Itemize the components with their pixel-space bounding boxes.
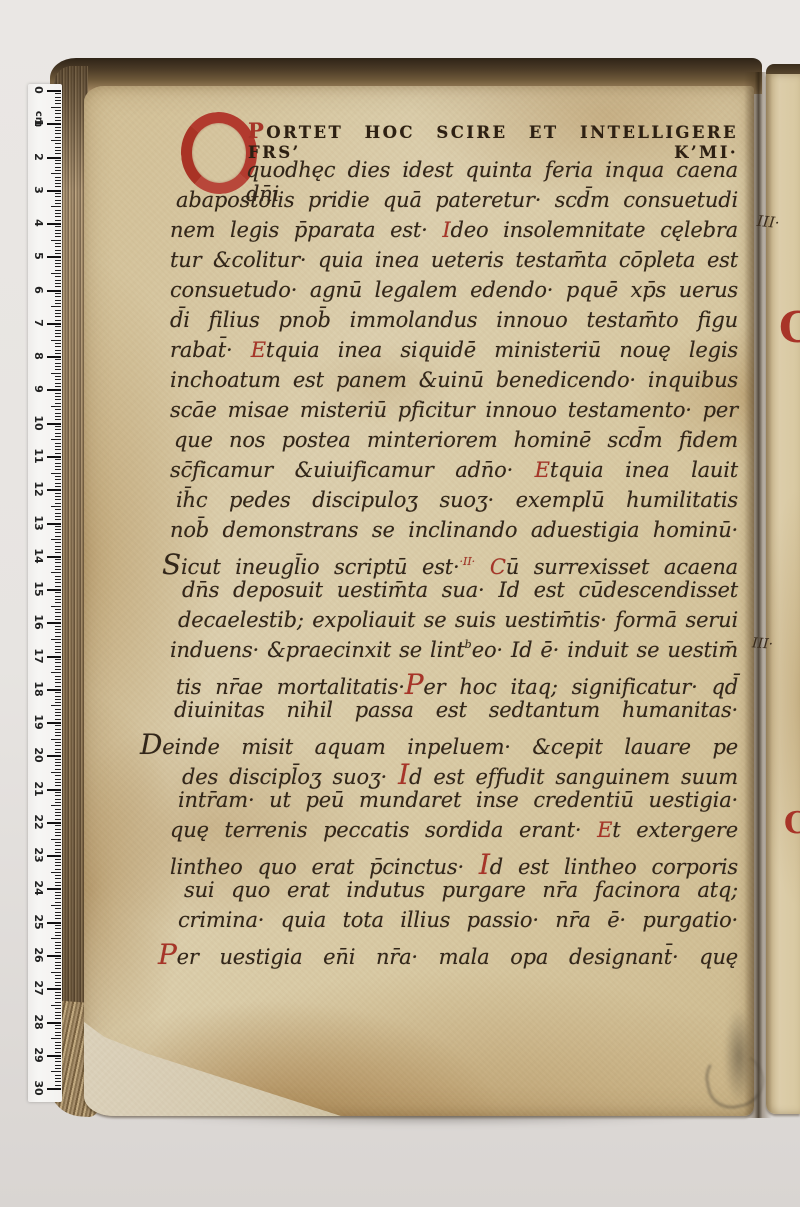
ruler-tick <box>55 812 61 813</box>
ruler-tick <box>55 612 61 613</box>
ruler-tick <box>55 908 61 909</box>
ruler-tick <box>55 549 61 550</box>
ruler-tick <box>55 303 61 304</box>
ruler-number: 17 <box>31 647 45 665</box>
ruler-number: 22 <box>31 813 45 831</box>
ruler-tick <box>55 642 61 643</box>
ruler-tick <box>55 283 61 284</box>
ruler-tick <box>55 779 61 780</box>
manuscript-line: tis nr̄ae mortalitatis·Per hoc itaq; sig… <box>176 668 738 698</box>
ruler-tick <box>55 276 61 277</box>
ruler-tick <box>55 493 61 494</box>
text-segment: quę terrenis peccatis sordida erant· <box>170 818 597 842</box>
ruler-tick <box>55 200 61 201</box>
text-segment: ū surrexisset acaena <box>506 555 738 579</box>
ruler-tick <box>47 223 61 225</box>
ruler-tick <box>55 679 61 680</box>
ruler-tick <box>55 579 61 580</box>
ruler-number: 30 <box>31 1079 45 1097</box>
ruler-tick <box>55 676 61 677</box>
ruler-tick <box>55 270 61 271</box>
ruler-tick <box>55 1035 61 1036</box>
ruler-tick <box>55 832 61 833</box>
ruler-tick <box>55 952 61 953</box>
ruler-tick <box>55 233 61 234</box>
manuscript-line: consuetudo· agnū legalem edendo· pquē xp… <box>170 278 738 308</box>
ruler-tick <box>55 945 61 946</box>
ruler-tick <box>51 606 61 607</box>
ruler-tick <box>55 649 61 650</box>
ruler-tick <box>51 273 61 274</box>
ruler-tick <box>55 859 61 860</box>
ruler-tick <box>55 632 61 633</box>
text-segment: que nos postea minteriorem hominē scd̄m … <box>174 428 738 452</box>
ruler-tick <box>47 589 61 591</box>
ruler-tick <box>55 962 61 963</box>
ruler-tick <box>55 1058 61 1059</box>
ruler-number: 21 <box>31 780 45 798</box>
ruler-tick <box>55 845 61 846</box>
ruler-tick <box>55 982 61 983</box>
ruler-tick <box>55 260 61 261</box>
ruler-tick <box>55 429 61 430</box>
ruler-tick <box>47 855 61 857</box>
ruler-tick <box>55 216 61 217</box>
ruler-tick <box>55 143 61 144</box>
ruler-tick <box>55 998 61 999</box>
ruler-tick <box>55 496 61 497</box>
ruler-tick <box>55 449 61 450</box>
ruler-number: 9 <box>31 380 45 398</box>
facing-page-mark: III· <box>756 212 780 232</box>
ruler-tick <box>55 699 61 700</box>
ruler-tick <box>55 479 61 480</box>
ruler-tick <box>55 619 61 620</box>
ruler-tick <box>55 729 61 730</box>
ruler-tick <box>55 592 61 593</box>
ruler-tick <box>47 722 61 724</box>
ruler-tick <box>55 659 61 660</box>
ruler-tick <box>55 203 61 204</box>
ruler-tick <box>55 835 61 836</box>
ruler-tick <box>55 133 61 134</box>
ruler-tick <box>55 582 61 583</box>
ruler-tick <box>55 503 61 504</box>
ruler-tick <box>55 363 61 364</box>
ruler-tick <box>55 968 61 969</box>
text-segment: crimina· quia tota illius passio· nr̄a ē… <box>178 908 738 932</box>
under-page-corner <box>84 1022 376 1116</box>
text-segment: C <box>490 555 506 579</box>
text-segment: rabat̄· <box>170 338 251 362</box>
ruler-tick <box>55 483 61 484</box>
ruler-tick <box>55 925 61 926</box>
ruler-tick <box>55 186 61 187</box>
text-segment: b <box>465 638 472 651</box>
text-segment: d est effudit sanguinem suum <box>409 765 738 789</box>
ruler-tick <box>55 586 61 587</box>
ruler-tick <box>55 386 61 387</box>
ruler-tick <box>55 1045 61 1046</box>
ruler-tick <box>55 878 61 879</box>
ruler-tick <box>55 782 61 783</box>
ruler-tick <box>51 739 61 740</box>
ruler-tick <box>55 975 61 976</box>
ruler-tick <box>55 898 61 899</box>
manuscript-line: induens· &praecinxit se lintbeo· Id ē· i… <box>170 638 738 668</box>
ruler-tick <box>55 103 61 104</box>
ruler-tick <box>47 456 61 458</box>
ruler-tick <box>55 912 61 913</box>
ruler-tick <box>55 529 61 530</box>
text-segment: P <box>248 118 266 143</box>
ruler-tick <box>55 369 61 370</box>
ruler-tick <box>55 995 61 996</box>
manuscript-line: des discipl̄oʒ suoʒ· Id est effudit sang… <box>182 758 738 788</box>
text-segment: I <box>398 758 409 791</box>
text-segment: ih̄c pedes discipuloʒ suoʒ· exemplū humi… <box>176 488 738 512</box>
ruler-tick <box>55 266 61 267</box>
ruler-tick <box>55 137 61 138</box>
text-segment: P <box>405 668 424 701</box>
facing-page-mark: C <box>784 806 800 841</box>
ruler-tick <box>55 829 61 830</box>
ruler-tick <box>51 639 61 640</box>
ruler-tick <box>55 629 61 630</box>
ruler-number: 5 <box>31 247 45 265</box>
ruler-tick <box>55 882 61 883</box>
ruler-tick <box>55 819 61 820</box>
ruler-tick <box>55 749 61 750</box>
ruler-tick <box>51 173 61 174</box>
ruler-tick <box>51 672 61 673</box>
text-segment: tis nr̄ae mortalitatis· <box>176 675 405 699</box>
ruler-tick <box>51 439 61 440</box>
ruler-tick <box>55 110 61 111</box>
ruler-tick <box>55 396 61 397</box>
ruler-tick <box>55 532 61 533</box>
ruler-tick <box>55 552 61 553</box>
manuscript-line: scāe misae misteriū pficitur innouo test… <box>170 398 738 428</box>
ruler-tick <box>55 253 61 254</box>
ruler-tick <box>55 466 61 467</box>
text-segment: tur &colitur· quia inea ueteris testam̄t… <box>170 248 738 272</box>
manuscript-line: Sicut ineugl̄io scriptū est··II· Cū surr… <box>162 548 738 578</box>
ruler-number: 4 <box>31 214 45 232</box>
ruler-tick <box>55 862 61 863</box>
ruler-tick <box>55 379 61 380</box>
facing-page-mark: C <box>779 303 800 352</box>
text-segment: P <box>158 938 177 971</box>
ruler-tick <box>55 616 61 617</box>
ruler-tick <box>55 765 61 766</box>
ruler-tick <box>55 682 61 683</box>
manuscript-line: Per uestigia en̄i nr̄a· mala opa designa… <box>158 938 738 968</box>
manuscript-line: rabat̄· Etquia inea siquidē ministeriū n… <box>170 338 738 368</box>
ruler-tick <box>47 256 61 258</box>
ruler-tick <box>55 546 61 547</box>
ruler-tick <box>55 220 61 221</box>
ruler-tick <box>55 459 61 460</box>
ruler-tick <box>47 157 61 159</box>
ruler-number: 28 <box>31 1013 45 1031</box>
ruler-tick <box>47 622 61 624</box>
ruler-tick <box>55 263 61 264</box>
text-segment: tquia inea siquidē ministeriū nouę legis <box>266 338 738 362</box>
text-segment: d̄i filius pnob̄ immolandus innouo testa… <box>170 308 738 332</box>
ruler-tick <box>55 795 61 796</box>
ruler-tick <box>55 696 61 697</box>
ruler-tick <box>55 296 61 297</box>
ruler-tick <box>55 196 61 197</box>
text-segment: einde misit aquam inpeluem· &cepit lauar… <box>162 735 738 759</box>
ruler-tick <box>55 775 61 776</box>
text-segment: I <box>479 848 490 881</box>
ruler-tick <box>51 872 61 873</box>
text-segment: er uestigia en̄i nr̄a· mala opa designan… <box>177 945 738 969</box>
ruler-tick <box>55 310 61 311</box>
ruler-tick <box>55 895 61 896</box>
ruler-tick <box>55 809 61 810</box>
manuscript-line: sc̄ficamur &uiuificamur adn̄o· Etquia in… <box>170 458 738 488</box>
ruler-tick <box>55 985 61 986</box>
ruler-tick <box>55 316 61 317</box>
ruler-tick <box>55 343 61 344</box>
ruler-tick <box>55 326 61 327</box>
ruler-number: 3 <box>31 181 45 199</box>
ruler-tick <box>51 373 61 374</box>
ruler-number: 7 <box>31 314 45 332</box>
ruler-tick <box>55 280 61 281</box>
ruler-tick <box>55 752 61 753</box>
ruler-tick <box>55 383 61 384</box>
ruler-tick <box>55 719 61 720</box>
ruler-tick <box>47 323 61 325</box>
ruler-tick <box>55 815 61 816</box>
ruler-tick <box>55 1085 61 1086</box>
ruler-tick <box>55 715 61 716</box>
ruler-tick <box>55 1002 61 1003</box>
ruler-tick <box>55 865 61 866</box>
ruler-tick <box>55 150 61 151</box>
ruler-tick <box>55 762 61 763</box>
ruler-tick <box>55 799 61 800</box>
ruler-tick <box>55 1018 61 1019</box>
ruler-tick <box>55 915 61 916</box>
ruler-tick <box>47 689 61 691</box>
ruler-tick <box>55 486 61 487</box>
text-segment: er hoc itaq; significatur· qd̄ <box>423 675 738 699</box>
ruler-tick <box>55 725 61 726</box>
ruler-tick <box>55 519 61 520</box>
ruler-tick <box>55 692 61 693</box>
text-segment: nem legis p̄parata est· <box>170 218 442 242</box>
ruler-tick <box>51 140 61 141</box>
ruler-tick <box>55 243 61 244</box>
manuscript-photo: III·CIII·C 01234567891011121314151617181… <box>0 0 800 1207</box>
ruler-tick <box>51 705 61 706</box>
ruler-tick <box>55 436 61 437</box>
ruler-tick <box>55 236 61 237</box>
ruler-tick <box>55 918 61 919</box>
ruler-tick <box>55 869 61 870</box>
ruler-tick <box>55 180 61 181</box>
ruler-tick <box>55 127 61 128</box>
ruler-tick <box>55 892 61 893</box>
ruler-tick <box>55 576 61 577</box>
ruler-tick <box>55 978 61 979</box>
ruler-tick <box>55 1015 61 1016</box>
manuscript-line: inchoatum est panem &uinū benedicendo· i… <box>170 368 738 398</box>
text-segment: diuinitas nihil passa est sedtantum huma… <box>174 698 738 722</box>
ruler-number: 26 <box>31 946 45 964</box>
ruler-tick <box>47 389 61 391</box>
ruler-tick <box>51 306 61 307</box>
ruler-tick <box>55 569 61 570</box>
ruler-tick <box>55 313 61 314</box>
ruler-tick <box>55 413 61 414</box>
ruler-tick <box>51 905 61 906</box>
ruler-tick <box>55 735 61 736</box>
ruler-tick <box>55 948 61 949</box>
ruler-number: 13 <box>31 514 45 532</box>
ruler-tick <box>47 356 61 358</box>
ruler-tick <box>55 902 61 903</box>
text-segment: D <box>140 728 162 761</box>
ruler-tick <box>55 419 61 420</box>
ruler-number: 25 <box>31 913 45 931</box>
ruler-tick <box>55 499 61 500</box>
ruler-tick <box>55 712 61 713</box>
text-segment: E <box>535 458 550 482</box>
ruler-tick <box>47 423 61 425</box>
manuscript-line: quodhęc dies idest quinta feria inqua ca… <box>246 158 738 188</box>
ruler-tick <box>55 769 61 770</box>
ruler-tick <box>47 656 61 658</box>
ruler-number: 11 <box>31 447 45 465</box>
ruler-tick <box>55 562 61 563</box>
text-segment: t extergere <box>612 818 738 842</box>
ruler-tick <box>55 210 61 211</box>
ruler-tick <box>55 426 61 427</box>
ruler-tick <box>55 230 61 231</box>
ruler-tick <box>55 785 61 786</box>
text-segment: consuetudo· agnū legalem edendo· pquē xp… <box>170 278 738 302</box>
ruler-tick <box>51 473 61 474</box>
ruler-tick <box>55 1042 61 1043</box>
manuscript-line: nob̄ demonstrans se inclinando aduestigi… <box>170 518 738 548</box>
manuscript-line: PORTET HOC SCIRE ET INTELLIGERE FRS’ K’M… <box>248 112 738 158</box>
ruler-tick <box>55 965 61 966</box>
ruler-tick <box>55 409 61 410</box>
ruler-tick <box>55 802 61 803</box>
ruler-number: 20 <box>31 746 45 764</box>
ruler-tick <box>51 506 61 507</box>
ruler-tick <box>47 290 61 292</box>
text-segment: ORTET HOC SCIRE ET INTELLIGERE FRS’ K’MI… <box>248 123 738 162</box>
ruler-tick <box>55 286 61 287</box>
ruler-tick <box>55 1008 61 1009</box>
text-segment: scāe misae misteriū pficitur innouo test… <box>170 398 738 422</box>
ruler-tick <box>55 942 61 943</box>
manuscript-text: PORTET HOC SCIRE ET INTELLIGERE FRS’ K’M… <box>170 112 738 968</box>
text-segment: S <box>162 548 181 581</box>
ruler-tick <box>55 636 61 637</box>
text-segment: des discipl̄oʒ suoʒ· <box>182 765 398 789</box>
ruler-tick <box>55 686 61 687</box>
ruler-tick <box>51 1038 61 1039</box>
ruler-tick <box>55 359 61 360</box>
ruler-tick <box>47 556 61 558</box>
ruler-tick <box>55 509 61 510</box>
ruler-tick <box>55 453 61 454</box>
ruler-tick <box>55 333 61 334</box>
ruler-tick <box>55 536 61 537</box>
text-segment: icut ineugl̄io scriptū est· <box>181 555 460 579</box>
ruler-tick <box>51 206 61 207</box>
ruler-tick <box>55 709 61 710</box>
ruler-tick <box>55 147 61 148</box>
ruler-tick <box>55 1075 61 1076</box>
ruler-tick <box>55 652 61 653</box>
ruler-tick <box>55 1012 61 1013</box>
ruler-number: 14 <box>31 547 45 565</box>
ruler-tick <box>55 476 61 477</box>
ruler-number: 2 <box>31 148 45 166</box>
ruler-tick <box>55 875 61 876</box>
ruler-tick <box>55 1028 61 1029</box>
ruler-tick <box>55 463 61 464</box>
ruler-tick <box>55 626 61 627</box>
ruler-tick <box>51 839 61 840</box>
ruler-tick <box>51 539 61 540</box>
ruler-tick <box>47 988 61 990</box>
ruler-tick <box>55 97 61 98</box>
ruler-tick <box>55 1078 61 1079</box>
manuscript-line: decaelestib; expoliauit se suis uestim̄t… <box>178 608 738 638</box>
ruler-tick <box>55 1065 61 1066</box>
ruler-tick <box>47 922 61 924</box>
text-segment: deo insolemnitate cęlebra <box>450 218 738 242</box>
manuscript-line: que nos postea minteriorem hominē scd̄m … <box>174 428 738 458</box>
ruler-tick <box>51 972 61 973</box>
ruler-tick <box>47 523 61 525</box>
ruler-tick <box>55 320 61 321</box>
ruler-tick <box>55 669 61 670</box>
ruler-tick <box>55 792 61 793</box>
ruler-tick <box>55 885 61 886</box>
ruler-tick <box>47 1055 61 1057</box>
ruler-tick <box>51 1071 61 1072</box>
ruler-tick <box>47 955 61 957</box>
ruler-tick <box>55 646 61 647</box>
ruler-tick <box>47 1088 61 1090</box>
ruler-tick <box>55 167 61 168</box>
ruler-number: 8 <box>31 347 45 365</box>
ruler-tick <box>55 1061 61 1062</box>
ruler-number: 0 <box>31 81 45 99</box>
ruler-tick <box>55 226 61 227</box>
ruler-tick <box>55 376 61 377</box>
ruler-number: 16 <box>31 613 45 631</box>
ruler-tick <box>55 130 61 131</box>
ruler-tick <box>55 117 61 118</box>
ruler-tick <box>55 666 61 667</box>
ruler-tick <box>47 755 61 757</box>
ruler-tick <box>55 559 61 560</box>
ruler-tick <box>55 1081 61 1082</box>
text-segment: E <box>251 338 266 362</box>
